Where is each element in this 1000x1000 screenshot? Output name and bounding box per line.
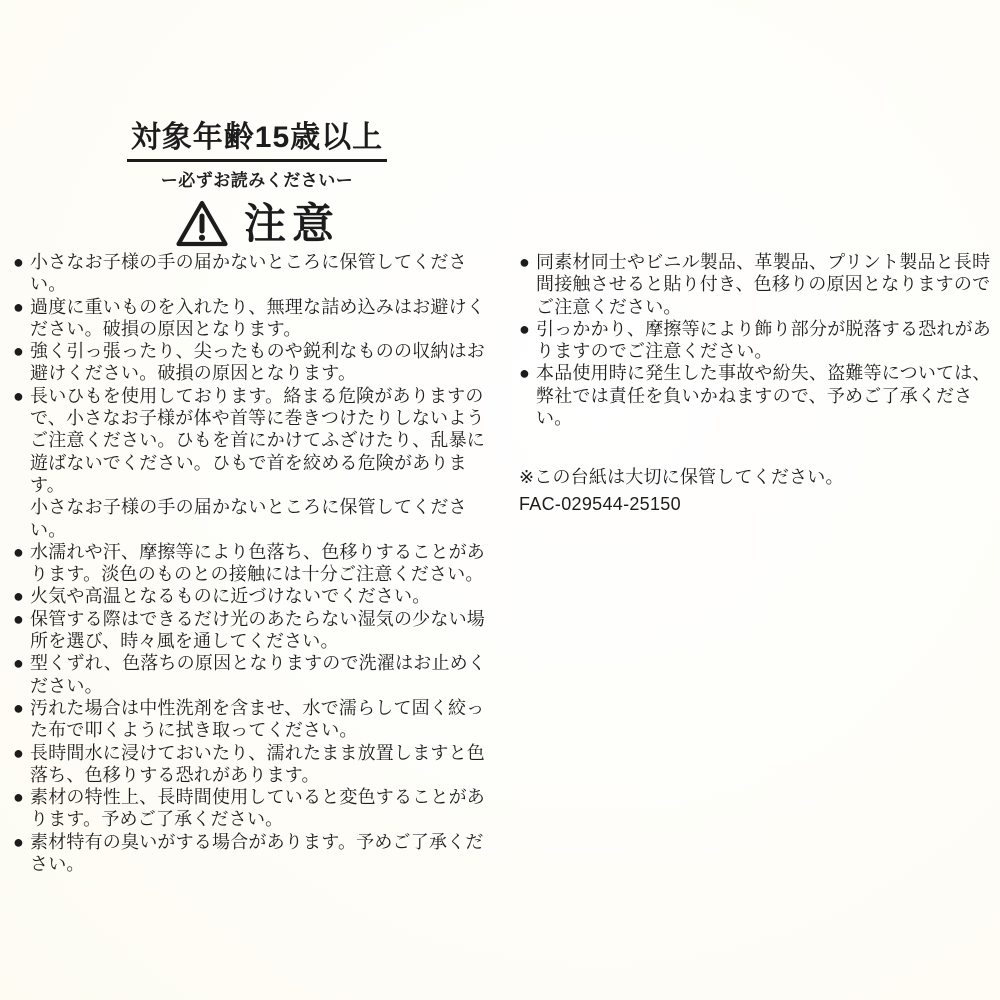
bullet-icon: ● bbox=[13, 385, 30, 407]
caution-heading: 注意 bbox=[112, 199, 402, 249]
list-item-text: 強く引っ張ったり、尖ったものや鋭利なものの収納はお避けください。破損の原因となり… bbox=[30, 340, 495, 385]
list-item-text: 小さなお子様の手の届かないところに保管してください。 bbox=[30, 251, 495, 296]
list-item: ● 型くずれ、色落ちの原因となりますので洗濯はお止めください。 bbox=[13, 652, 495, 697]
list-item: ● 小さなお子様の手の届かないところに保管してください。 bbox=[13, 251, 495, 296]
list-item-text: 長時間水に浸けておいたり、濡れたまま放置しますと色落ち、色移りする恐れがあります… bbox=[30, 742, 495, 787]
header: 対象年齢15歳以上 ー必ずお読みくださいー 注意 bbox=[112, 120, 402, 249]
keep-note: ※この台紙は大切に保管してください。 bbox=[519, 466, 993, 488]
age-label: 対象年齢15歳以上 bbox=[127, 120, 387, 162]
list-item: ● 長時間水に浸けておいたり、濡れたまま放置しますと色落ち、色移りする恐れがあり… bbox=[13, 742, 495, 787]
list-item-text: 型くずれ、色落ちの原因となりますので洗濯はお止めください。 bbox=[30, 652, 495, 697]
list-item-text: 素材の特性上、長時間使用していると変色することがあります。予めご了承ください。 bbox=[30, 786, 495, 831]
caution-card: 対象年齢15歳以上 ー必ずお読みくださいー 注意 ● 小さなお子様の手の届かない… bbox=[0, 0, 1000, 1000]
list-item: ● 水濡れや汗、摩擦等により色落ち、色移りすることがあります。淡色のものとの接触… bbox=[13, 541, 495, 586]
product-code: FAC-029544-25150 bbox=[519, 493, 993, 515]
bullet-icon: ● bbox=[13, 251, 30, 273]
list-item: ● 長いひもを使用しております。絡まる危険がありますので、小さなお子様が体や首等… bbox=[13, 385, 495, 541]
list-item-text: 汚れた場合は中性洗剤を含ませ、水で濡らして固く絞った布で叩くように拭き取ってくだ… bbox=[30, 697, 495, 742]
bullet-icon: ● bbox=[13, 831, 30, 853]
list-item: ● 同素材同士やビニル製品、革製品、プリント製品と長時間接触させると貼り付き、色… bbox=[519, 251, 993, 318]
list-item-text: 過度に重いものを入れたり、無理な詰め込みはお避けください。破損の原因となります。 bbox=[30, 296, 495, 341]
list-item: ● 本品使用時に発生した事故や紛失、盗難等については、弊社では責任を負いかねます… bbox=[519, 362, 993, 429]
list-item: ● 素材特有の臭いがする場合があります。予めご了承ください。 bbox=[13, 831, 495, 876]
bullet-icon: ● bbox=[519, 362, 536, 384]
list-item: ● 過度に重いものを入れたり、無理な詰め込みはお避けください。破損の原因となりま… bbox=[13, 296, 495, 341]
list-item: ● 保管する際はできるだけ光のあたらない湿気の少ない場所を選び、時々風を通してく… bbox=[13, 608, 495, 653]
bullet-icon: ● bbox=[13, 742, 30, 764]
list-item-text: 長いひもを使用しております。絡まる危険がありますので、小さなお子様が体や首等に巻… bbox=[30, 385, 495, 541]
list-item-text: 本品使用時に発生した事故や紛失、盗難等については、弊社では責任を負いかねますので… bbox=[536, 362, 993, 429]
list-item-text: 保管する際はできるだけ光のあたらない湿気の少ない場所を選び、時々風を通してくださ… bbox=[30, 608, 495, 653]
left-column: ● 小さなお子様の手の届かないところに保管してください。 ● 過度に重いものを入… bbox=[13, 251, 495, 875]
list-item-text: 水濡れや汗、摩擦等により色落ち、色移りすることがあります。淡色のものとの接触には… bbox=[30, 541, 495, 586]
list-item: ● 火気や高温となるものに近づけないでください。 bbox=[13, 585, 495, 607]
bullet-icon: ● bbox=[13, 697, 30, 719]
list-item-text: 火気や高温となるものに近づけないでください。 bbox=[30, 585, 495, 607]
list-item: ● 引っかかり、摩擦等により飾り部分が脱落する恐れがありますのでご注意ください。 bbox=[519, 318, 993, 363]
warning-triangle-icon bbox=[174, 199, 230, 249]
caution-title: 注意 bbox=[244, 200, 340, 248]
age-label-wrap: 対象年齢15歳以上 bbox=[112, 120, 402, 162]
list-item: ● 強く引っ張ったり、尖ったものや鋭利なものの収納はお避けください。破損の原因と… bbox=[13, 340, 495, 385]
bullet-icon: ● bbox=[13, 541, 30, 563]
list-item-text: 素材特有の臭いがする場合があります。予めご了承ください。 bbox=[30, 831, 495, 876]
right-column: ● 同素材同士やビニル製品、革製品、プリント製品と長時間接触させると貼り付き、色… bbox=[519, 251, 993, 515]
footer-notes: ※この台紙は大切に保管してください。 FAC-029544-25150 bbox=[519, 466, 993, 515]
bullet-icon: ● bbox=[13, 786, 30, 808]
read-note: ー必ずお読みくださいー bbox=[112, 166, 402, 191]
bullet-icon: ● bbox=[519, 251, 536, 273]
bullet-icon: ● bbox=[13, 652, 30, 674]
bullet-icon: ● bbox=[13, 608, 30, 630]
bullet-icon: ● bbox=[519, 318, 536, 340]
list-item-text: 同素材同士やビニル製品、革製品、プリント製品と長時間接触させると貼り付き、色移り… bbox=[536, 251, 993, 318]
bullet-icon: ● bbox=[13, 296, 30, 318]
list-item-text: 引っかかり、摩擦等により飾り部分が脱落する恐れがありますのでご注意ください。 bbox=[536, 318, 993, 363]
bullet-icon: ● bbox=[13, 340, 30, 362]
bullet-icon: ● bbox=[13, 585, 30, 607]
list-item: ● 素材の特性上、長時間使用していると変色することがあります。予めご了承ください… bbox=[13, 786, 495, 831]
list-item: ● 汚れた場合は中性洗剤を含ませ、水で濡らして固く絞った布で叩くように拭き取って… bbox=[13, 697, 495, 742]
